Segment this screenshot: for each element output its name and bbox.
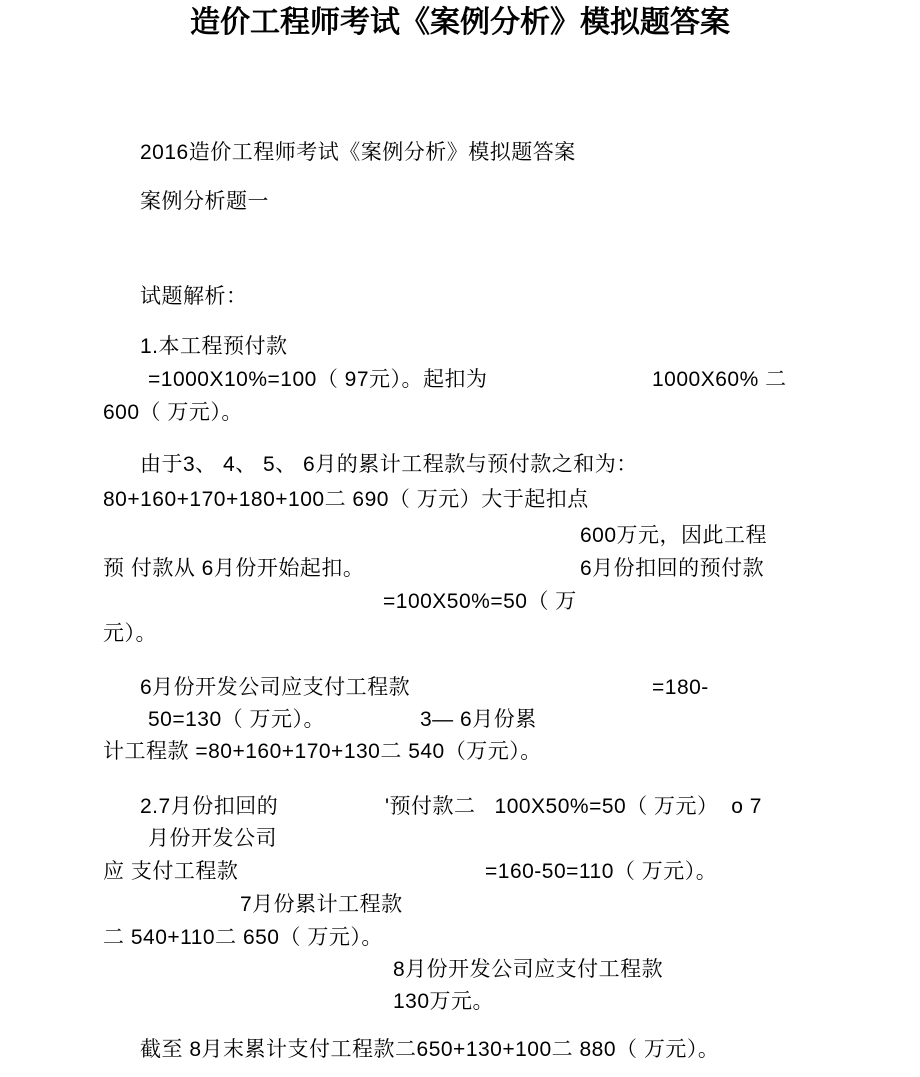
subtitle-line: 2016造价工程师考试《案例分析》模拟题答案 (140, 140, 576, 165)
analysis-heading: 试题解析： (140, 284, 248, 309)
text-segment: 3— 6月份累 (420, 707, 537, 732)
text-segment: =1000X10%=100（ 97元）。起扣为 (148, 367, 488, 392)
text-segment: =160-50=110（ 万元）。 (485, 859, 717, 884)
text-segment: 600（ 万元）。 (103, 400, 243, 425)
text-segment: 由于3、 4、 5、 6月的累计工程款与预付款之和为： (140, 452, 638, 477)
text-segment: 月份开发公司 (148, 826, 277, 851)
text-segment: 计工程款 =80+160+170+130二 540（万元）。 (103, 739, 542, 764)
text-segment: 二 540+110二 650（ 万元）。 (103, 925, 383, 950)
text-segment: 80+160+170+180+100二 690（ 万元）大于起扣点 (103, 487, 589, 512)
text-segment: 1000X60% 二 (652, 367, 787, 392)
document-page: 造价工程师考试《案例分析》模拟题答案 2016造价工程师考试《案例分析》模拟题答… (0, 0, 920, 1077)
text-segment: 6月份开发公司应支付工程款 (140, 675, 410, 700)
text-segment: 元）。 (103, 621, 157, 646)
text-segment: '预付款二 100X50%=50（ 万元） o 7 (385, 794, 762, 819)
text-segment: 应 支付工程款 (103, 859, 238, 884)
text-segment: 7月份累计工程款 (240, 892, 403, 917)
text-segment: 50=130（ 万元）。 (148, 707, 325, 732)
text-segment: =100X50%=50（ 万 (383, 589, 577, 614)
text-segment: 6月份扣回的预付款 (580, 556, 764, 581)
item2-heading: 2.7月份扣回的 (140, 794, 278, 819)
text-segment: 预 付款从 6月份开始起扣。 (103, 556, 364, 581)
section-heading: 案例分析题一 (140, 189, 269, 214)
text-segment: 截至 8月末累计支付工程款二650+130+100二 880（ 万元）。 (140, 1037, 719, 1062)
text-segment: 130万元。 (393, 989, 494, 1014)
text-segment: 600万元，因此工程 (580, 523, 767, 548)
text-segment: 8月份开发公司应支付工程款 (393, 957, 663, 982)
text-segment: =180- (652, 675, 709, 700)
document-title: 造价工程师考试《案例分析》模拟题答案 (0, 4, 920, 42)
item1-heading: 1.本工程预付款 (140, 334, 288, 359)
